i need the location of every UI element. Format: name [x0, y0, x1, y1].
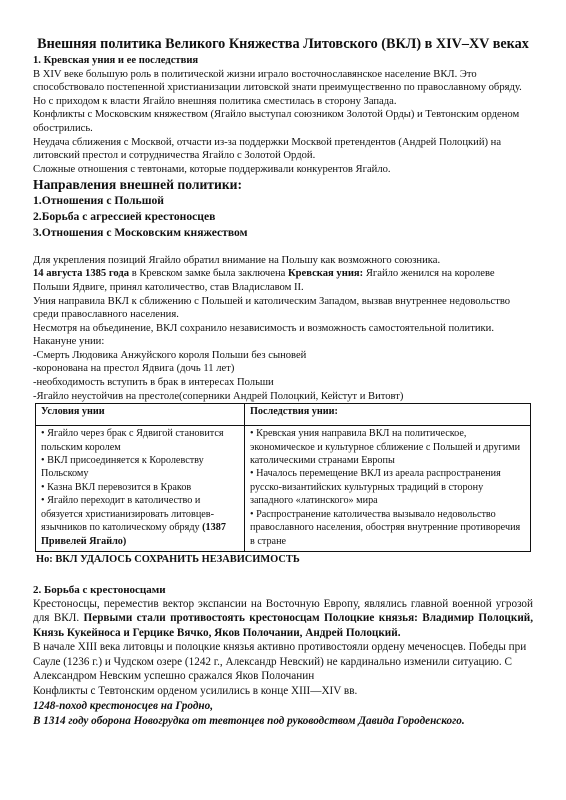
consequence-item: • Началось перемещение ВКЛ из ареала рас… [250, 467, 525, 507]
text-span: в Кревском замке была заключена [129, 268, 288, 279]
section-crusaders: 2. Борьба с крестоносцами Крестоносцы, п… [33, 583, 533, 729]
document-title: Внешняя политика Великого Княжества Лито… [33, 34, 533, 54]
date-highlight: 14 августа 1385 года [33, 268, 129, 279]
independence-note: Но: ВКЛ УДАЛОСЬ СОХРАНИТЬ НЕЗАВИСИМОСТЬ [36, 553, 533, 567]
eve-label: Накануне унии: [33, 335, 533, 349]
consequences-cell: • Кревская уния направила ВКЛ на политич… [245, 426, 531, 552]
section-heading: 2. Борьба с крестоносцами [33, 583, 533, 597]
paragraph: Конфликты с Московским княжеством (Ягайл… [33, 108, 533, 135]
header-consequences: Последствия унии: [245, 404, 531, 426]
direction-item: 1.Отношения с Польшой [33, 193, 533, 209]
table-header-row: Условия унии Последствия унии: [36, 404, 531, 426]
paragraph: В XIV веке большую роль в политической ж… [33, 68, 533, 109]
event-item: В 1314 году оборона Новогрудка от тевтон… [33, 714, 533, 729]
paragraph: Для укрепления позиций Ягайло обратил вн… [33, 254, 533, 268]
paragraph: Неудача сближения с Москвой, отчасти из-… [33, 136, 533, 163]
poland-relations: Для укрепления позиций Ягайло обратил вн… [33, 254, 533, 404]
condition-item: • Ягайло переходит в католичество и обяз… [41, 494, 239, 548]
condition-item: • ВКЛ присоединяется к Королевству Польс… [41, 454, 239, 481]
condition-item: • Казна ВКЛ перевозится в Краков [41, 481, 239, 494]
eve-item: -Смерть Людовика Анжуйского короля Польш… [33, 349, 533, 363]
condition-item: • Ягайло через брак с Ядвигой становится… [41, 427, 239, 454]
polotsk-princes-highlight: Первыми стали противостоять крестоносцам… [33, 612, 533, 639]
consequence-item: • Распространение католичества вызывало … [250, 508, 525, 548]
eve-item: -Ягайло неустойчив на престоле(соперники… [33, 390, 533, 404]
conditions-cell: • Ягайло через брак с Ядвигой становится… [36, 426, 245, 552]
header-conditions: Условия унии [36, 404, 245, 426]
section-heading: 1. Кревская уния и ее последствия [33, 54, 533, 68]
event-item: 1248-поход крестоносцев на Гродно, [33, 699, 533, 714]
direction-item: 3.Отношения с Московским княжеством [33, 225, 533, 241]
paragraph: В начале XIII века литовцы и полоцкие кн… [33, 640, 533, 684]
eve-item: -необходимость вступить в брак в интерес… [33, 376, 533, 390]
direction-item: 2.Борьба с агрессией крестоносцев [33, 209, 533, 225]
crusaders-paragraph: Крестоносцы, переместив вектор экспансии… [33, 597, 533, 641]
paragraph: Уния направила ВКЛ к сближению с Польшей… [33, 295, 533, 322]
spacer [33, 241, 533, 254]
eve-item: -коронована на престол Ядвига (дочь 11 л… [33, 362, 533, 376]
text-span: • Ягайло переходит в католичество и обяз… [41, 495, 214, 533]
union-name-highlight: Кревская уния: [288, 268, 363, 279]
directions-heading: Направления внешней политики: [33, 177, 533, 193]
union-table: Условия унии Последствия унии: • Ягайло … [35, 403, 531, 552]
foreign-policy-directions: Направления внешней политики: 1.Отношени… [33, 177, 533, 240]
krevo-union-paragraph: 14 августа 1385 года в Кревском замке бы… [33, 267, 533, 294]
consequence-item: • Кревская уния направила ВКЛ на политич… [250, 427, 525, 467]
paragraph: Несмотря на объединение, ВКЛ сохранило н… [33, 322, 533, 336]
paragraph: Конфликты с Тевтонским орденом усилились… [33, 684, 533, 699]
document-page: Внешняя политика Великого Княжества Лито… [33, 34, 533, 729]
section-krevo-union: 1. Кревская уния и ее последствия В XIV … [33, 54, 533, 176]
spacer [33, 567, 533, 583]
table-row: • Ягайло через брак с Ядвигой становится… [36, 426, 531, 552]
paragraph: Сложные отношения с тевтонами, которые п… [33, 163, 533, 177]
